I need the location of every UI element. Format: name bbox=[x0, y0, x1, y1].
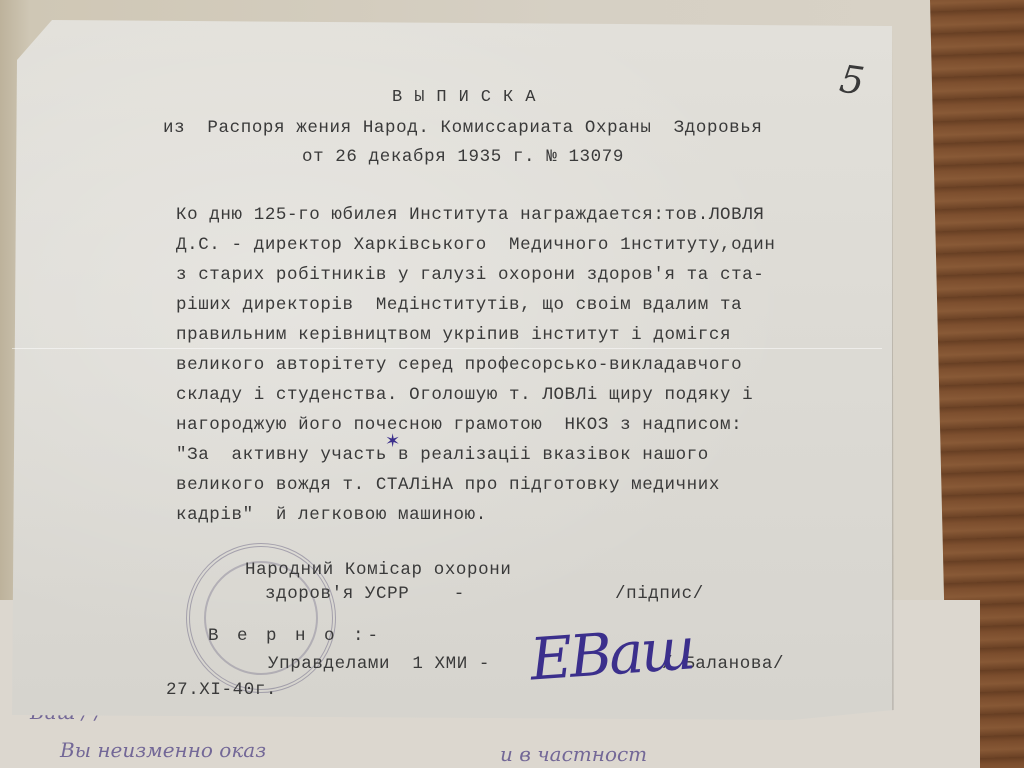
signatory-title: Народний Комiсар охорони bbox=[245, 560, 511, 580]
underlying-handwriting-3: и в частност bbox=[500, 742, 647, 766]
body-line: рiших директорiв Медiнститутiв, що своiм… bbox=[176, 295, 742, 315]
underlying-handwriting-2: Вы неизменно оказ bbox=[60, 738, 266, 762]
body-line: великого вождя т. СТАЛiНА про пiдготовку… bbox=[176, 475, 720, 495]
handwritten-signature: ЕВаш bbox=[528, 614, 695, 693]
body-line: великого авторiтету серед професорсько-в… bbox=[176, 355, 742, 375]
paper-fold-line bbox=[12, 348, 882, 349]
body-line: нагороджую його почесною грамотою НКОЗ з… bbox=[176, 415, 742, 435]
signature-placeholder: /пiдпис/ bbox=[615, 584, 704, 604]
manager-title: Управделами 1 ХМИ - bbox=[268, 654, 490, 674]
document-subtitle: из Распоря жения Народ. Комиссариата Охр… bbox=[163, 118, 763, 138]
body-line: кадрiв" й легковою машиною. bbox=[176, 505, 487, 525]
ink-blot-mark: ✶ bbox=[386, 428, 399, 454]
body-line: правильним керiвництвом укрiпив iнститут… bbox=[176, 325, 731, 345]
body-line: "За активну участь в реалiзацii вказiвок… bbox=[176, 445, 709, 465]
body-line: Ко дню 125-го юбилея Института награждае… bbox=[176, 205, 764, 225]
body-line: складу i студенства. Оголошую т. ЛОВЛi щ… bbox=[176, 385, 753, 405]
document-date-line: от 26 декабря 1935 г. № 13079 bbox=[302, 147, 624, 167]
certified-date: 27.XI-40г. bbox=[166, 680, 277, 700]
certified-label: В е р н о :- bbox=[208, 626, 382, 646]
body-line: Д.С. - директор Харкiвського Медичного 1… bbox=[176, 235, 776, 255]
document-title: ВЫПИСКА bbox=[392, 88, 547, 107]
body-line: з старих робiтникiв у галузi охорони здо… bbox=[176, 265, 764, 285]
signatory-org: здоров'я УСРР - bbox=[265, 584, 465, 604]
